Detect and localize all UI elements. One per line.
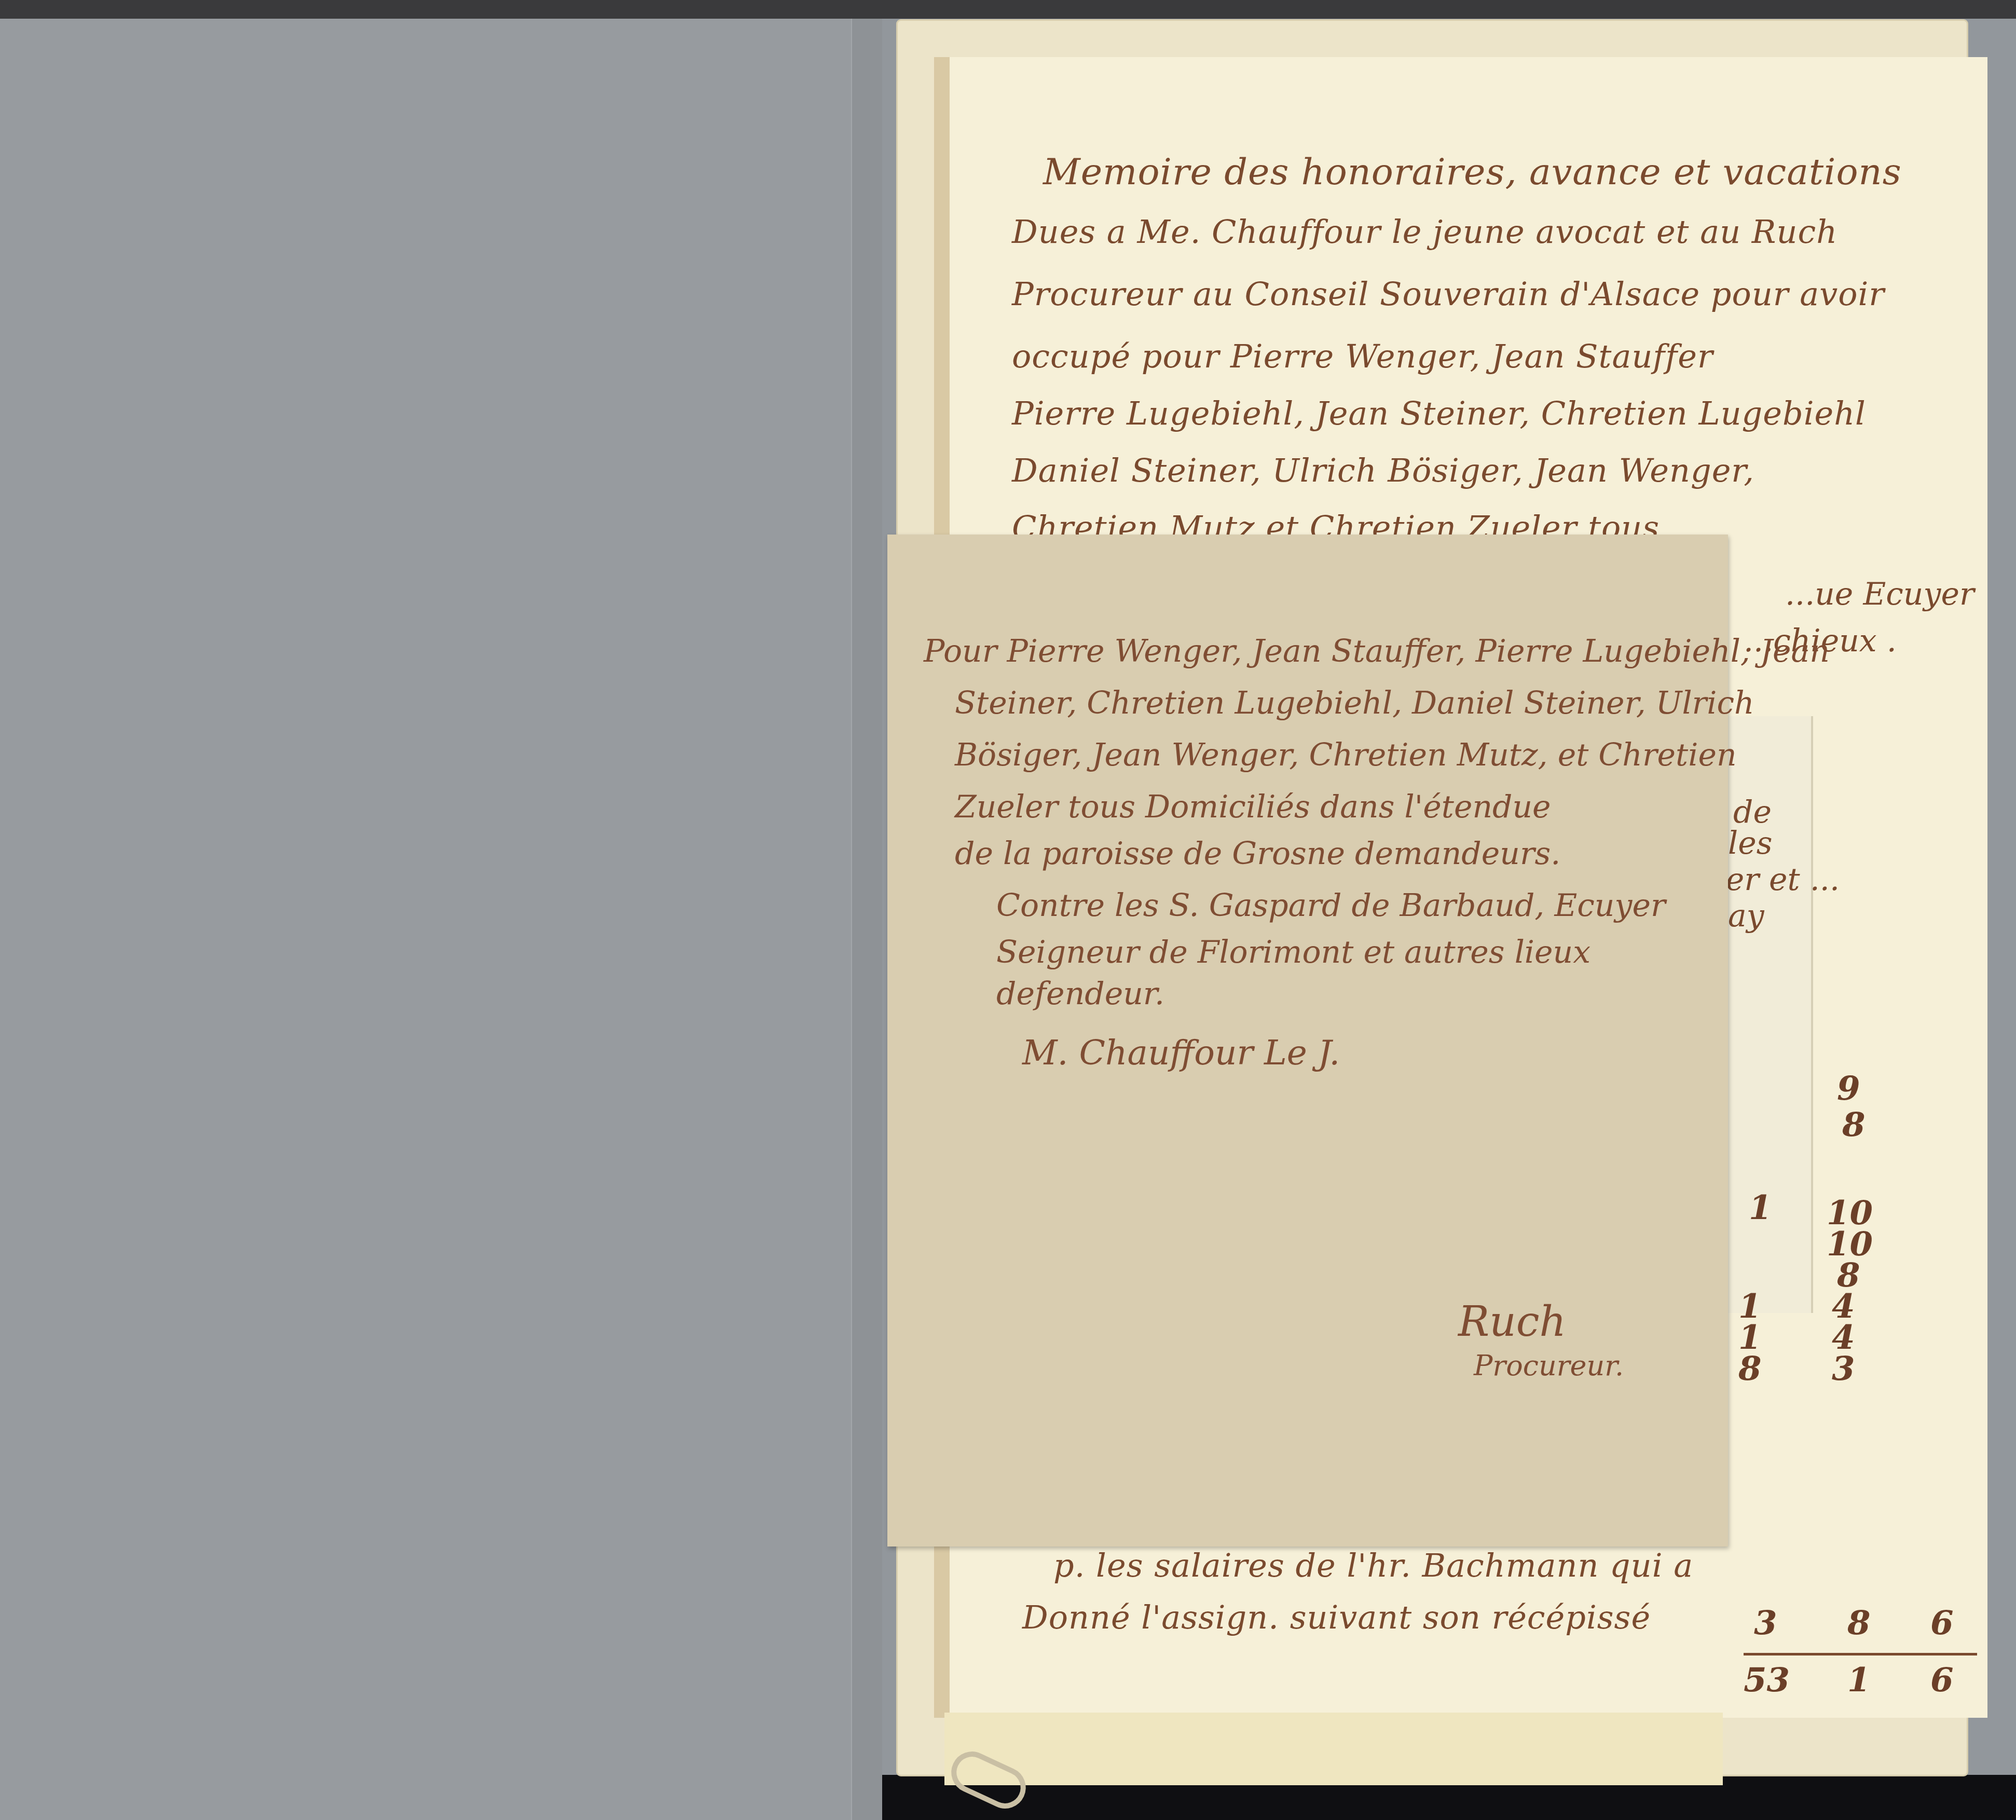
bottom-under-sheet — [944, 1713, 1723, 1785]
partial-fragment: ...ue Ecuyer — [1785, 576, 1974, 612]
signature: Ruch — [1458, 1297, 1566, 1346]
note-line: defendeur. — [996, 976, 1164, 1012]
note-line: de la paroisse de Grosne demandeurs. — [955, 836, 1560, 872]
attorney-name: M. Chauffour Le J. — [1022, 1033, 1340, 1073]
manuscript-line: Dues a Me. Chauffour le jeune avocat et … — [1012, 213, 1837, 251]
scanner-bed-top — [0, 0, 2016, 21]
amount-sous: 8 — [1847, 1604, 1871, 1643]
manuscript-line: Memoire des honoraires, avance et vacati… — [1043, 150, 1902, 193]
folder-spine-fold — [851, 19, 883, 1820]
note-line: Steiner, Chretien Lugebiehl, Daniel Stei… — [955, 685, 1754, 721]
partial-fragment: les — [1728, 825, 1773, 861]
amount-livres: 3 — [1754, 1604, 1777, 1643]
manuscript-line: Pierre Lugebiehl, Jean Steiner, Chretien… — [1012, 394, 1866, 432]
amount-livres: 8 — [1738, 1349, 1762, 1388]
total-sous: 1 — [1847, 1661, 1871, 1700]
amount-sous: 9 — [1837, 1069, 1860, 1108]
note-line: Zueler tous Domiciliés dans l'étendue — [955, 789, 1551, 825]
total-rule — [1744, 1653, 1977, 1655]
closing-line: p. les salaires de l'hr. Bachmann qui a — [1053, 1547, 1693, 1584]
amount-sous: 8 — [1842, 1105, 1866, 1144]
folder-left-cover — [0, 19, 882, 1820]
amount-sous: 3 — [1832, 1349, 1855, 1388]
total-livres: 53 — [1744, 1661, 1790, 1700]
closing-line: Donné l'assign. suivant son récépissé — [1022, 1598, 1651, 1636]
overlaid-note-sheet: Pour Pierre Wenger, Jean Stauffer, Pierr… — [887, 535, 1728, 1547]
note-line: Seigneur de Florimont et autres lieux — [996, 934, 1590, 970]
note-line: Bösiger, Jean Wenger, Chretien Mutz, et … — [955, 737, 1737, 773]
total-deniers: 6 — [1930, 1661, 1954, 1700]
signature-title: Procureur. — [1474, 1349, 1624, 1382]
note-line: Pour Pierre Wenger, Jean Stauffer, Pierr… — [924, 633, 1830, 669]
partial-fragment: ay — [1728, 898, 1764, 934]
manuscript-line: Daniel Steiner, Ulrich Bösiger, Jean Wen… — [1012, 451, 1754, 489]
amount-deniers: 6 — [1930, 1604, 1954, 1643]
amount-livres: 1 — [1749, 1188, 1772, 1227]
manuscript-line: occupé pour Pierre Wenger, Jean Stauffer — [1012, 337, 1713, 375]
manuscript-line: Procureur au Conseil Souverain d'Alsace … — [1012, 275, 1885, 313]
note-line: Contre les S. Gaspard de Barbaud, Ecuyer — [996, 887, 1666, 924]
